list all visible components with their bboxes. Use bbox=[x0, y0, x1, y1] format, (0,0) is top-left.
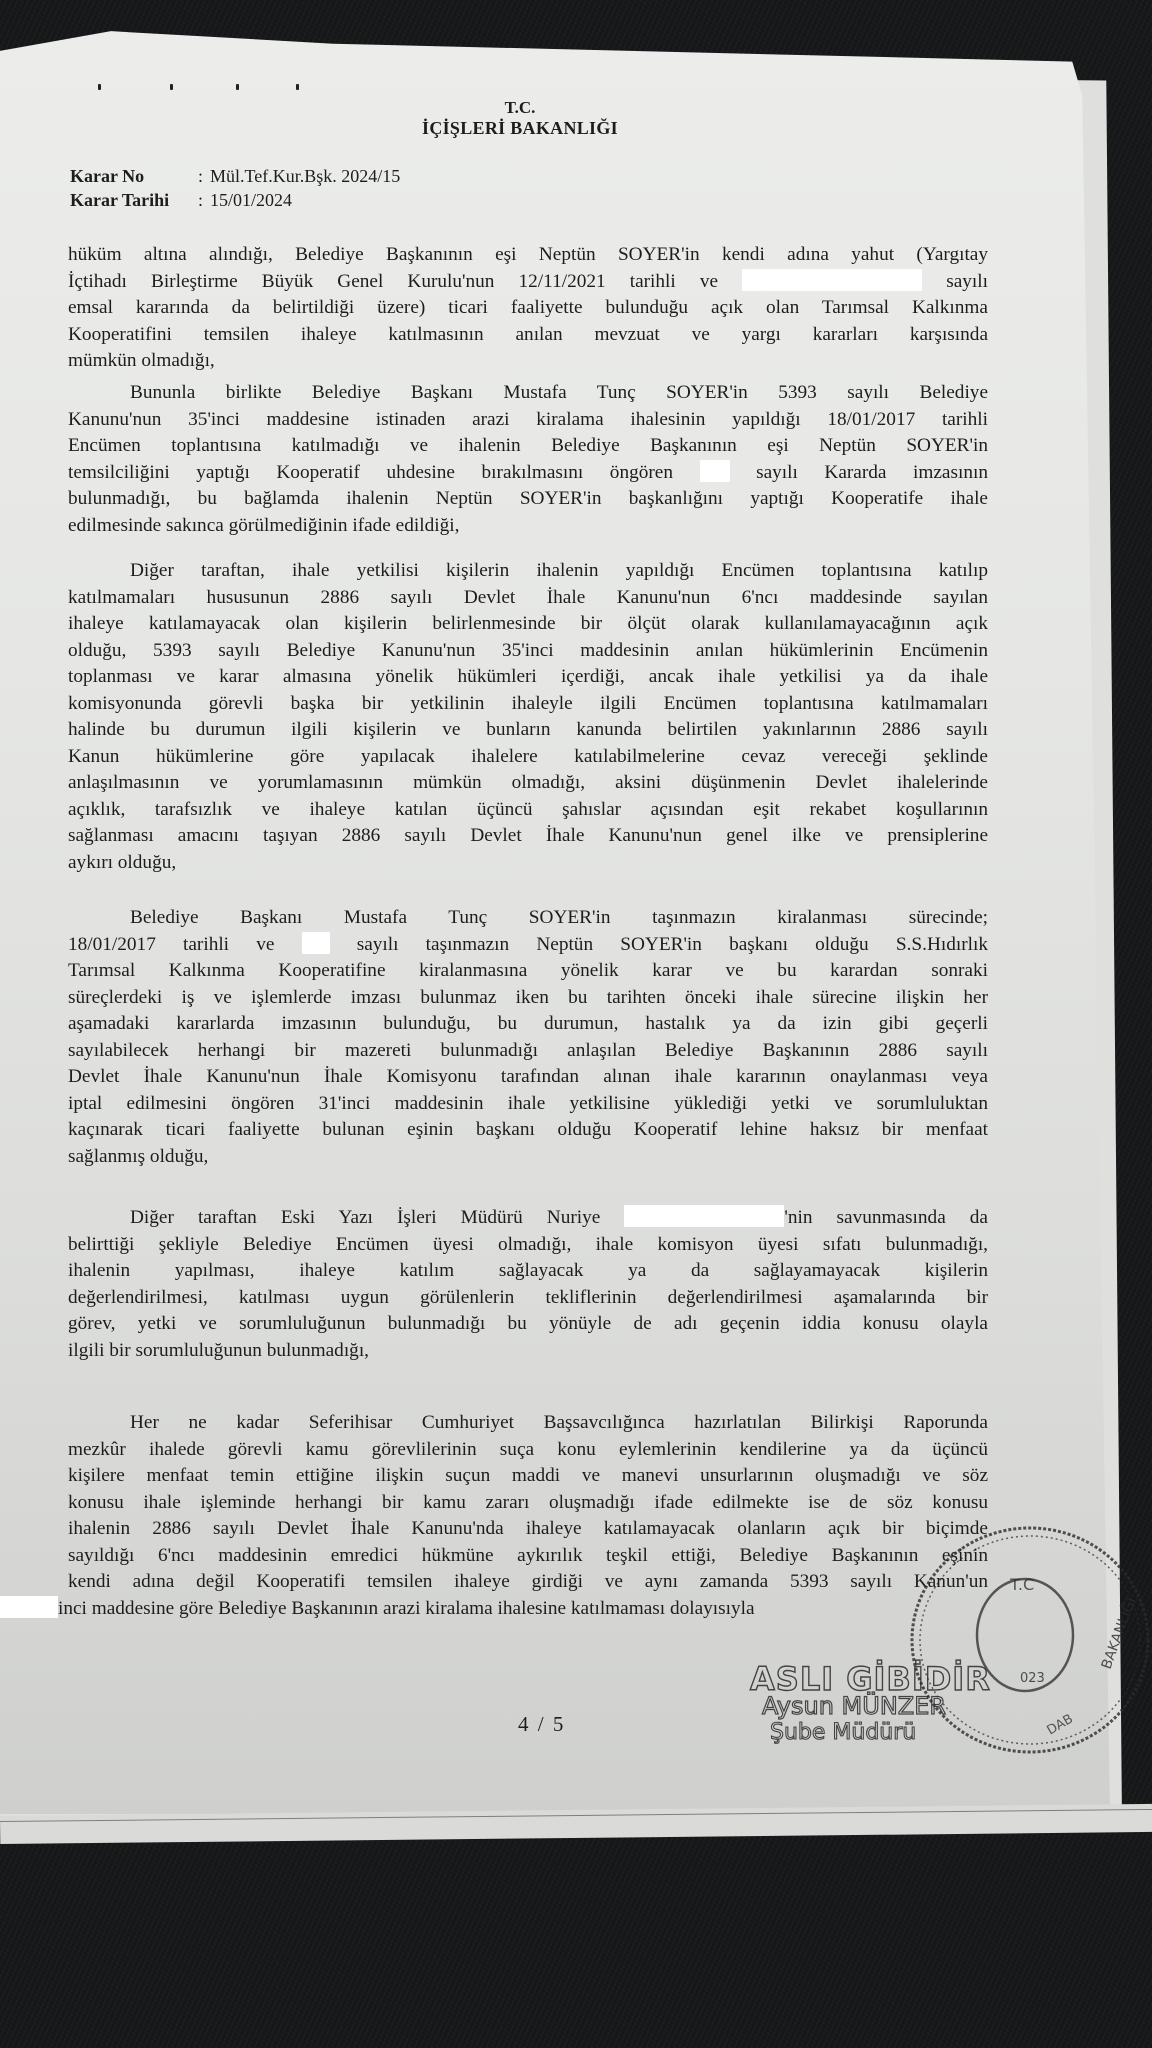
text-line: Kooperatifini temsilen ihaleye katılması… bbox=[68, 322, 988, 349]
decision-date-row: Karar Tarihi:15/01/2024 bbox=[70, 188, 400, 212]
text-line: Encümen toplantısına katılmadığı ve ihal… bbox=[68, 433, 988, 460]
text-line: edilmesinde sakınca görülmediğinin ifade… bbox=[68, 513, 988, 540]
punch-marks bbox=[98, 84, 298, 98]
certification-stamp: 023 BAKANLIĞI DAB T.C ASLI GİBİDİR Aysun… bbox=[740, 1480, 1152, 1760]
text-line: Kanunu'nun 35'inci maddesine istinaden a… bbox=[68, 407, 988, 434]
text-line: hüküm altına alındığı, Belediye Başkanın… bbox=[68, 242, 988, 269]
redacted-block bbox=[0, 1596, 58, 1618]
text-line: anlaşılmasının ve yorumlamasının mümkün … bbox=[68, 770, 988, 797]
text-line: olduğu, 5393 sayılı Belediye Kanunu'nun … bbox=[68, 638, 988, 665]
text-line: ilgili bir sorumluluğunun bulunmadığı, bbox=[68, 1338, 988, 1365]
paragraph: hüküm altına alındığı, Belediye Başkanın… bbox=[68, 242, 988, 375]
official-seal-icon: 023 BAKANLIĞI DAB T.C bbox=[880, 1520, 1150, 1760]
decision-no-label: Karar No bbox=[70, 164, 198, 188]
svg-text:BAKANLIĞI: BAKANLIĞI bbox=[1097, 1595, 1140, 1672]
text-line: açıklık, tarafsızlık ve ihaleye katılan … bbox=[68, 797, 988, 824]
text-line: iptal edilmesini öngören 31'inci maddesi… bbox=[68, 1091, 988, 1118]
redacted-block bbox=[624, 1205, 784, 1227]
paragraph: Bununla birlikte Belediye Başkanı Mustaf… bbox=[68, 380, 988, 539]
meta-separator: : bbox=[198, 188, 210, 212]
text-line: bulunmadığı, bu bağlamda ihalenin Neptün… bbox=[68, 486, 988, 513]
text-line: aşamadaki kararlarda imzasının bulunduğu… bbox=[68, 1011, 988, 1038]
decision-meta: Karar No:Mül.Tef.Kur.Bşk. 2024/15 Karar … bbox=[70, 164, 400, 212]
text-line: Kanun hükümlerine göre yapılacak ihalele… bbox=[68, 744, 988, 771]
text-line: sayılabilecek herhangi bir mazereti bulu… bbox=[68, 1038, 988, 1065]
header-republic: T.C. bbox=[0, 98, 1040, 118]
text-line: 18/01/2017 tarihli ve sayılı taşınmazın … bbox=[68, 932, 988, 959]
signatory-title: Şube Müdürü bbox=[770, 1720, 916, 1745]
text-line: aykırı olduğu, bbox=[68, 850, 988, 877]
text-line: belirttiği şekliyle Belediye Encümen üye… bbox=[68, 1232, 988, 1259]
signatory-name: Aysun MÜNZER bbox=[762, 1692, 946, 1720]
decision-date-label: Karar Tarihi bbox=[70, 188, 198, 212]
text-line: halinde bu durumun ilgili kişilerin ve b… bbox=[68, 717, 988, 744]
svg-text:DAB: DAB bbox=[1045, 1712, 1076, 1739]
text-line: ihalenin yapılması, ihaleye katılım sağl… bbox=[68, 1258, 988, 1285]
decision-no-value: Mül.Tef.Kur.Bşk. 2024/15 bbox=[210, 166, 400, 186]
paragraph: Diğer taraftan Eski Yazı İşleri Müdürü N… bbox=[68, 1205, 988, 1364]
text-line: kaçınarak ticari faaliyette bulunan eşin… bbox=[68, 1117, 988, 1144]
text-line: Diğer taraftan, ihale yetkilisi kişileri… bbox=[68, 558, 988, 585]
text-line: Devlet İhale Kanunu'nun İhale Komisyonu … bbox=[68, 1064, 988, 1091]
text-line: katılmamaları hususunun 2886 sayılı Devl… bbox=[68, 585, 988, 612]
paragraph: Belediye Başkanı Mustafa Tunç SOYER'in t… bbox=[68, 905, 988, 1170]
text-line: Tarımsal Kalkınma Kooperatifine kiralanm… bbox=[68, 958, 988, 985]
decision-date-value: 15/01/2024 bbox=[210, 190, 292, 210]
meta-separator: : bbox=[198, 164, 210, 188]
text-line: toplanması ve karar almasına yönelik hük… bbox=[68, 664, 988, 691]
text-line: komisyonunda görevli başka bir yetkilini… bbox=[68, 691, 988, 718]
decision-no-row: Karar No:Mül.Tef.Kur.Bşk. 2024/15 bbox=[70, 164, 400, 188]
text-line: Belediye Başkanı Mustafa Tunç SOYER'in t… bbox=[68, 905, 988, 932]
text-line: Her ne kadar Seferihisar Cumhuriyet Başs… bbox=[68, 1410, 988, 1437]
text-line: görev, yetki ve sorumluluğunun bulunmadı… bbox=[68, 1311, 988, 1338]
header-ministry: İÇİŞLERİ BAKANLIĞI bbox=[0, 118, 1040, 139]
text-line: İçtihadı Birleştirme Büyük Genel Kurulu'… bbox=[68, 269, 988, 296]
redacted-block bbox=[742, 269, 922, 291]
text-line: mümkün olmadığı, bbox=[68, 348, 988, 375]
seal-number: 023 bbox=[1020, 1671, 1045, 1686]
redacted-block bbox=[302, 932, 330, 954]
redacted-block bbox=[700, 460, 730, 482]
document-content: T.C. İÇİŞLERİ BAKANLIĞI Karar No:Mül.Tef… bbox=[0, 0, 1152, 1800]
svg-text:T.C: T.C bbox=[1009, 1575, 1034, 1594]
text-line: Bununla birlikte Belediye Başkanı Mustaf… bbox=[68, 380, 988, 407]
text-line: mezkûr ihalede görevli kamu görevlilerin… bbox=[68, 1437, 988, 1464]
text-line: emsal kararında da belirtildiği üzere) t… bbox=[68, 295, 988, 322]
paragraph: Diğer taraftan, ihale yetkilisi kişileri… bbox=[68, 558, 988, 876]
text-line: Diğer taraftan Eski Yazı İşleri Müdürü N… bbox=[68, 1205, 988, 1232]
page-number: 4 / 5 bbox=[518, 1712, 565, 1737]
text-line: süreçlerdeki iş ve işlemlerde imzası bul… bbox=[68, 985, 988, 1012]
text-line: sağlanması amacını taşıyan 2886 sayılı D… bbox=[68, 823, 988, 850]
text-line: değerlendirilmesi, katılması uygun görül… bbox=[68, 1285, 988, 1312]
text-line: sağlanmış olduğu, bbox=[68, 1144, 988, 1171]
text-line: ihaleye katılamayacak olan kişilerin bel… bbox=[68, 611, 988, 638]
text-line: temsilciliğini yaptığı Kooperatif uhdesi… bbox=[68, 460, 988, 487]
